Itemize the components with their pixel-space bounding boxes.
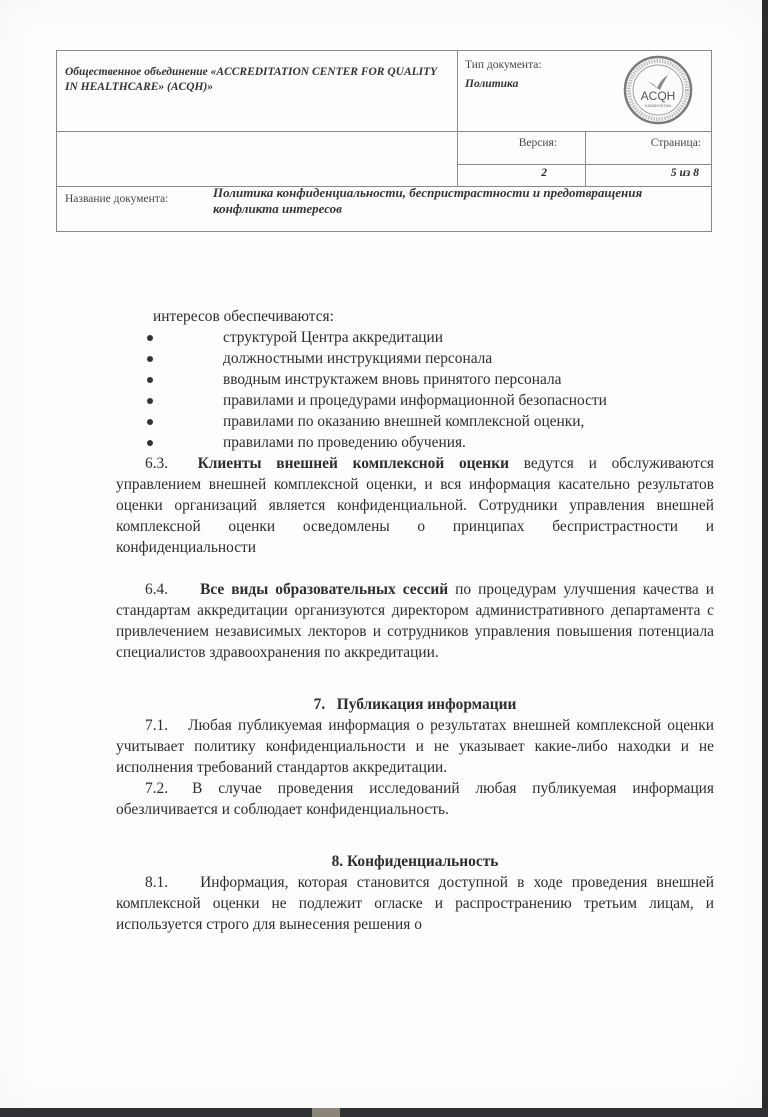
- page-label: Страница:: [585, 137, 711, 149]
- bullet-icon: [147, 377, 153, 383]
- acqh-logo: ACQH KAZAKHSTAN: [623, 55, 693, 125]
- list-item: правилами по проведению обучения.: [116, 432, 714, 453]
- document-title-label: Название документа:: [65, 193, 168, 205]
- section-7-heading: 7. Публикация информации: [116, 694, 714, 715]
- divider: [457, 164, 711, 165]
- paragraph-6-4: 6.4.Все виды образовательных сессий по п…: [116, 579, 714, 663]
- paragraph-8-1: 8.1.Информация, которая становится досту…: [116, 872, 714, 935]
- bullet-list: структурой Центра аккредитации должностн…: [116, 327, 714, 453]
- bird-logo-icon: ACQH KAZAKHSTAN: [623, 55, 693, 125]
- list-item: должностными инструкциями персонала: [116, 348, 714, 369]
- list-item: вводным инструктажем вновь принятого пер…: [116, 369, 714, 390]
- paragraph-6-3: 6.3. Клиенты внешней комплексной оценки …: [116, 453, 714, 558]
- list-item: структурой Центра аккредитации: [116, 327, 714, 348]
- bullet-icon: [147, 440, 153, 446]
- divider: [457, 51, 458, 186]
- bullet-icon: [147, 356, 153, 362]
- document-page: Общественное объединение «ACCREDITATION …: [0, 0, 762, 1108]
- list-item: правилами по оказанию внешней комплексно…: [116, 411, 714, 432]
- document-header-table: Общественное объединение «ACCREDITATION …: [56, 50, 712, 232]
- clause-bold-lead: Клиенты внешней комплексной оценки: [198, 455, 509, 472]
- svg-text:KAZAKHSTAN: KAZAKHSTAN: [645, 103, 671, 108]
- clause-number: 7.1.: [145, 717, 168, 734]
- bullet-icon: [147, 335, 153, 341]
- scan-background-edge: [0, 1108, 768, 1117]
- clause-number: 6.4.: [145, 581, 168, 598]
- document-title: Политика конфиденциальности, беспристрас…: [213, 185, 673, 217]
- document-body: интересов обеспечиваются: структурой Цен…: [116, 306, 714, 935]
- clause-bold-lead: Все виды образовательных сессий: [200, 581, 448, 598]
- paragraph-7-1: 7.1.Любая публикуемая информация о резул…: [116, 715, 714, 778]
- version-value: 2: [457, 167, 585, 179]
- page-value: 5 из 8: [585, 167, 711, 179]
- svg-text:ACQH: ACQH: [641, 89, 676, 103]
- organization-name: Общественное объединение «ACCREDITATION …: [65, 65, 445, 95]
- clause-number: 8.1.: [145, 874, 168, 891]
- clause-number: 7.2.: [145, 780, 168, 797]
- bullet-icon: [147, 398, 153, 404]
- doc-type-value: Политика: [465, 78, 518, 90]
- list-item: правилами и процедурами информационной б…: [116, 390, 714, 411]
- divider: [57, 131, 711, 132]
- clause-number: 6.3.: [145, 455, 168, 472]
- bullet-icon: [147, 419, 153, 425]
- intro-line: интересов обеспечиваются:: [116, 306, 714, 327]
- section-8-heading: 8. Конфиденциальность: [116, 851, 714, 872]
- version-label: Версия:: [457, 137, 585, 149]
- paragraph-7-2: 7.2.В случае проведения исследований люб…: [116, 778, 714, 820]
- doc-type-label: Тип документа:: [465, 59, 542, 71]
